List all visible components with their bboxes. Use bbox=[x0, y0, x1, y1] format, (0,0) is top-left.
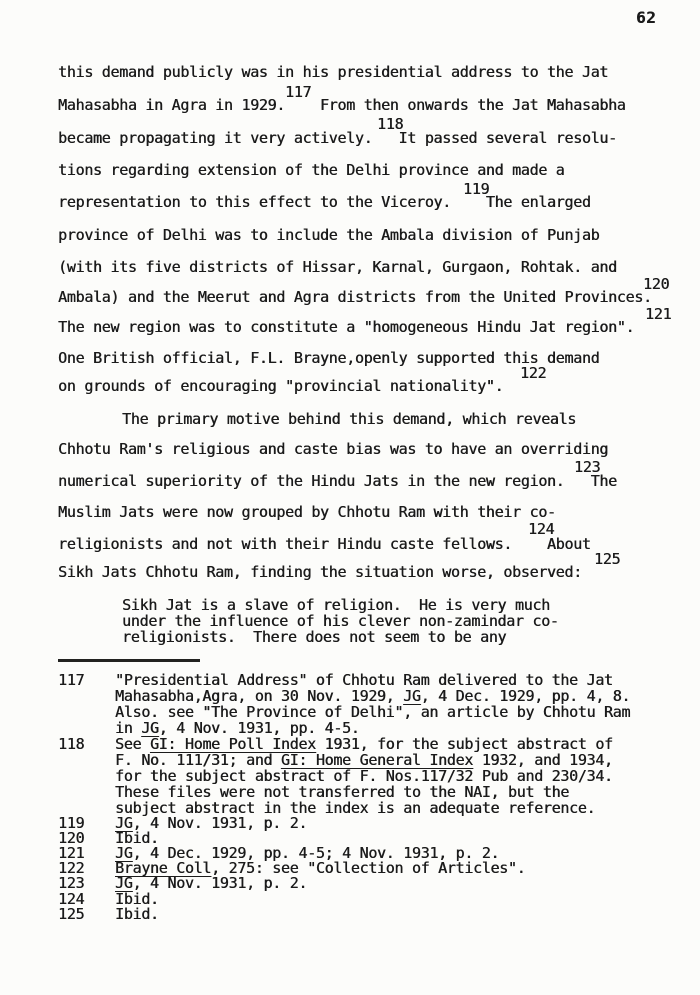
document-page: 62 this demand publicly was in his presi… bbox=[0, 0, 700, 995]
body-line: this demand publicly was in his presiden… bbox=[58, 64, 608, 81]
body-line: on grounds of encouraging "provincial na… bbox=[58, 378, 503, 395]
body-line: The new region was to constitute a "homo… bbox=[58, 319, 634, 336]
body-line: religionists and not with their Hindu ca… bbox=[58, 536, 591, 553]
body-line: Sikh Jats Chhotu Ram, finding the situat… bbox=[58, 564, 582, 581]
body-line: Mahasabha in Agra in 1929. From then onw… bbox=[58, 97, 626, 114]
footnote-number: 117 bbox=[58, 672, 84, 689]
footnote-number: 125 bbox=[58, 906, 84, 923]
footnote-ref: 121 bbox=[645, 306, 671, 323]
body-line: Muslim Jats were now grouped by Chhotu R… bbox=[58, 504, 556, 521]
footnote-separator bbox=[58, 659, 200, 662]
body-line: (with its five districts of Hissar, Karn… bbox=[58, 259, 617, 276]
quote-line: religionists. There does not seem to be … bbox=[122, 629, 506, 646]
footnote-text: Ibid. bbox=[115, 906, 159, 923]
body-line: Ambala) and the Meerut and Agra district… bbox=[58, 289, 652, 306]
body-line: province of Delhi was to include the Amb… bbox=[58, 227, 599, 244]
footnote-number: 118 bbox=[58, 736, 84, 753]
body-line: One British official, F.L. Brayne,openly… bbox=[58, 350, 599, 367]
body-line: Chhotu Ram's religious and caste bias wa… bbox=[58, 441, 608, 458]
page-number: 62 bbox=[636, 8, 656, 27]
body-line: tions regarding extension of the Delhi p… bbox=[58, 162, 564, 179]
body-line: became propagating it very actively. It … bbox=[58, 130, 617, 147]
footnote-ref: 122 bbox=[520, 365, 546, 382]
footnote-ref: 125 bbox=[594, 551, 620, 568]
body-line: The primary motive behind this demand, w… bbox=[122, 411, 576, 428]
body-line: representation to this effect to the Vic… bbox=[58, 194, 591, 211]
body-line: numerical superiority of the Hindu Jats … bbox=[58, 473, 617, 490]
